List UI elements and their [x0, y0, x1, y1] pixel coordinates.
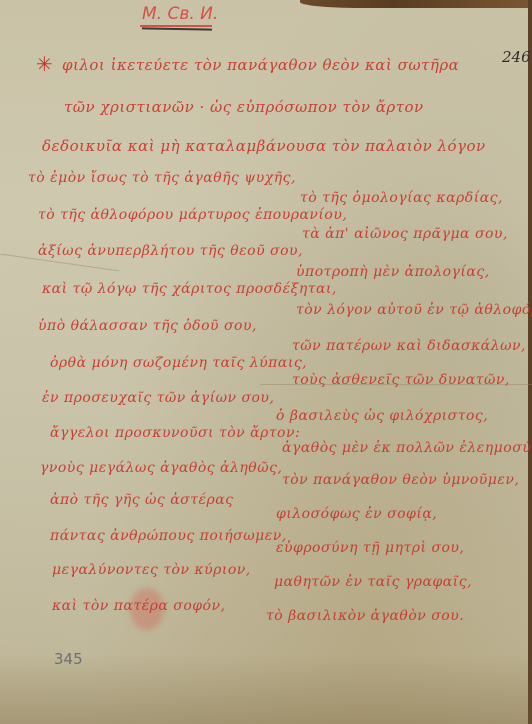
left-column-line: ὑπὸ θάλασσαν τῆς ὁδοῦ σου,: [38, 318, 257, 334]
right-column-line: τὸν πανάγαθον θεὸν ὑμνοῦμεν,: [282, 472, 519, 488]
header-underline-black: [142, 27, 212, 30]
right-column-line: τοὺς ἀσθενεῖς τῶν δυνατῶν,: [292, 372, 510, 388]
left-column-line: ἐν προσευχαῖς τῶν ἁγίων σου,: [42, 390, 274, 406]
right-column-line: τὰ ἀπ' αἰῶνος πρᾶγμα σου,: [302, 226, 508, 242]
folio-number-top: 246: [502, 48, 531, 66]
right-column-line: τὸ βασιλικὸν ἀγαθὸν σου.: [266, 608, 464, 624]
right-column-line: ἀγαθὸς μὲν ἐκ πολλῶν ἐλεημοσύνης,: [282, 440, 532, 456]
right-column-line: ὑποτροπὴ μὲν ἀπολογίας,: [296, 264, 490, 280]
right-column-line: τῶν πατέρων καὶ διδασκάλων,: [292, 338, 526, 354]
damaged-top-edge: [300, 0, 532, 8]
full-line: τῶν χριστιανῶν · ὡς εὐπρόσωπον τὸν ἄρτον: [64, 98, 424, 116]
left-column-line: καὶ τὸν πατέρα σοφόν,: [52, 598, 225, 614]
left-column-line: ὀρθὰ μόνη σωζομένη ταῖς λύπαις,: [50, 355, 307, 371]
folio-number-bottom: 345: [54, 650, 83, 668]
left-column-line: ἄγγελοι προσκυνοῦσι τὸν ἄρτον:: [50, 425, 300, 441]
left-column-line: γνοὺς μεγάλως ἀγαθὸς ἀληθῶς,: [40, 460, 282, 476]
left-column-line: καὶ τῷ λόγῳ τῆς χάριτος προσδέξηται,: [42, 281, 337, 297]
right-column-line: φιλοσόφως ἐν σοφίᾳ,: [276, 506, 437, 522]
shelfmark-header: М. Св. И.: [142, 4, 218, 24]
right-column-line: τὸν λόγον αὐτοῦ ἐν τῷ ἀθλοφόρῳ,: [296, 302, 532, 318]
full-line: δεδοικυῖα καὶ μὴ καταλαμβάνουσα τὸν παλα…: [42, 137, 486, 155]
left-column-line: τὸ τῆς ἀθλοφόρου μάρτυρος ἐπουρανίου,: [38, 207, 347, 223]
manuscript-leaf: М. Св. И. 246 345 ✳ φιλοι ἱκετεύετε τὸν …: [0, 0, 532, 724]
right-column-line: ὁ βασιλεὺς ὡς φιλόχριστος,: [276, 408, 488, 424]
damaged-right-edge: [528, 0, 532, 724]
right-column-line: εὐφροσύνη τῇ μητρὶ σου,: [276, 540, 464, 556]
left-column-line: μεγαλύνοντες τὸν κύριον,: [52, 562, 251, 578]
left-column-line: ἀπὸ τῆς γῆς ὡς ἀστέρας: [50, 492, 234, 508]
left-column-line: ἀξίως ἀνυπερβλήτου τῆς θεοῦ σου,: [38, 243, 303, 259]
right-column-line: τὸ τῆς ὁμολογίας καρδίας,: [300, 190, 503, 206]
full-line: φιλοι ἱκετεύετε τὸν πανάγαθον θεὸν καὶ σ…: [62, 56, 459, 74]
left-column-line: πάντας ἀνθρώπους ποιήσωμεν,: [50, 528, 287, 544]
left-column-line: τὸ ἐμὸν ἴσως τὸ τῆς ἀγαθῆς ψυχῆς,: [28, 170, 296, 186]
right-column-line: μαθητῶν ἐν ταῖς γραφαῖς,: [274, 574, 472, 590]
cross-mark-icon: ✳: [36, 52, 53, 76]
